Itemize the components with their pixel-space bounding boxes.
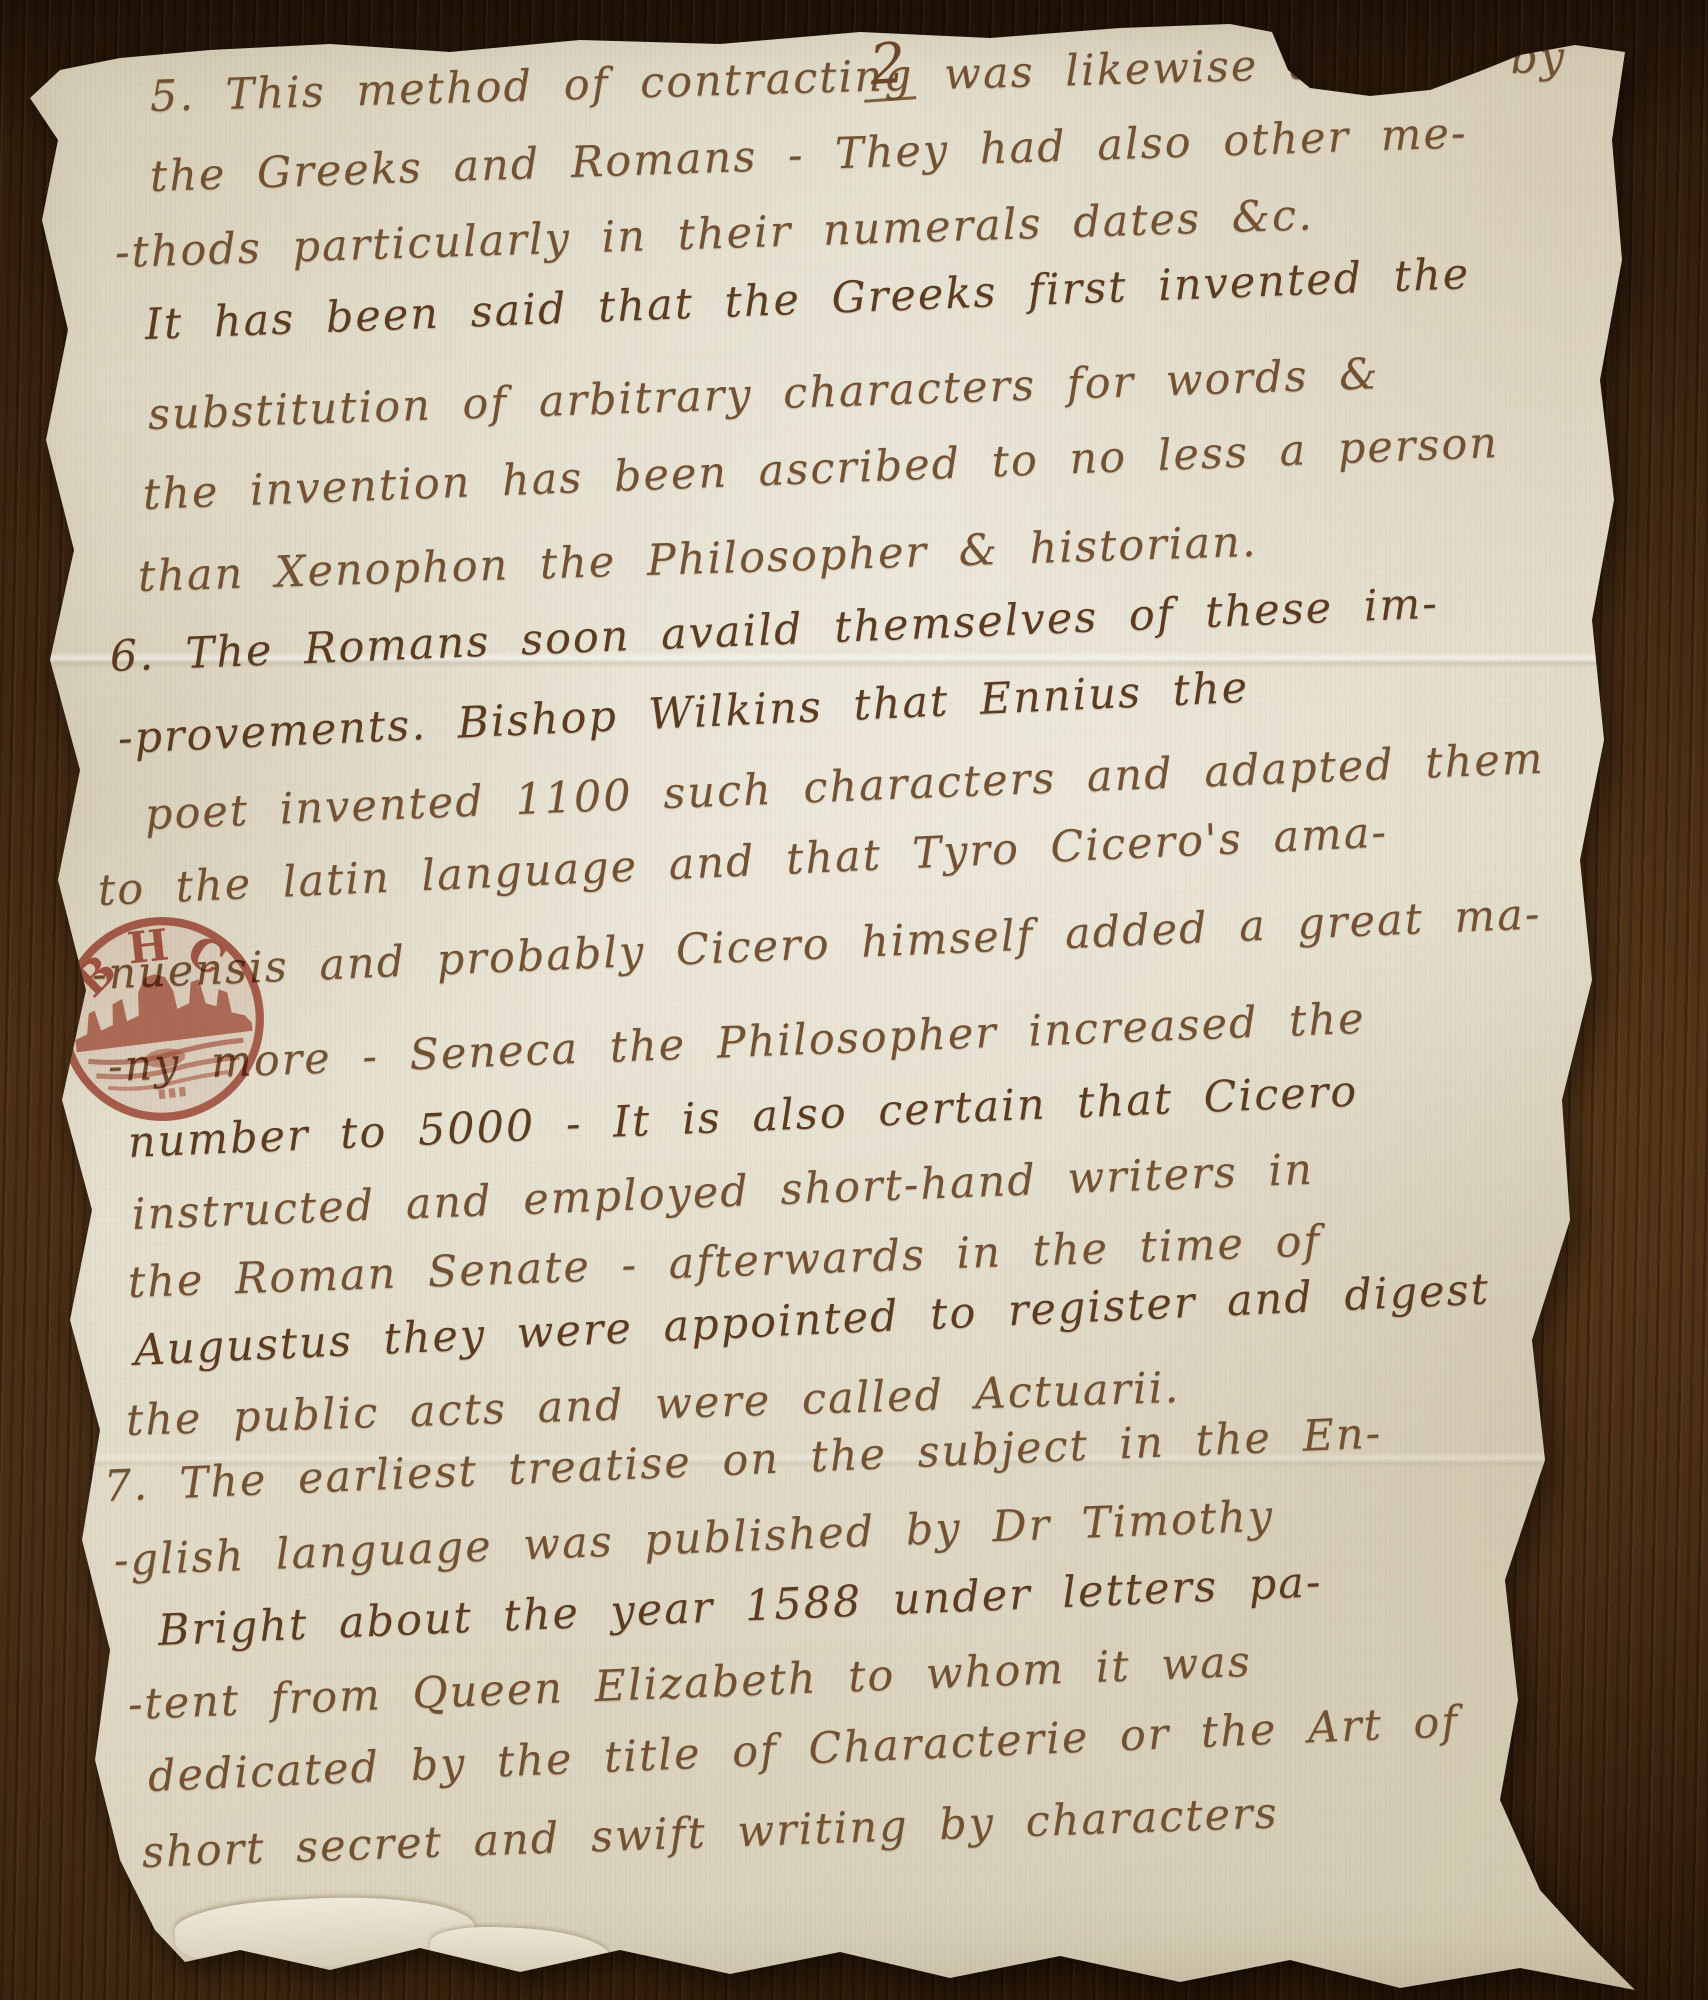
bhc-collection-stamp-icon: BHC: [46, 904, 278, 1134]
handwritten-line: substitution of arbitrary characters for…: [147, 349, 1380, 440]
torn-paper-fold: [173, 1890, 476, 1974]
handwritten-line: the Greeks and Romans - They had also ot…: [149, 108, 1468, 202]
paper-sheet-wrapper: 2 5. This method of contracting was like…: [0, 0, 1708, 2000]
handwritten-line: than Xenophon the Philosopher & historia…: [137, 517, 1258, 602]
handwritten-line: 5. This method of contracting was likewi…: [149, 32, 1567, 122]
manuscript-paper: 2 5. This method of contracting was like…: [0, 0, 1708, 2000]
handwritten-line: -provements. Bishop Wilkins that Ennius …: [117, 663, 1250, 764]
handwritten-line: short secret and swift writing by charac…: [141, 1788, 1279, 1878]
torn-paper-fold: [429, 1925, 611, 1979]
